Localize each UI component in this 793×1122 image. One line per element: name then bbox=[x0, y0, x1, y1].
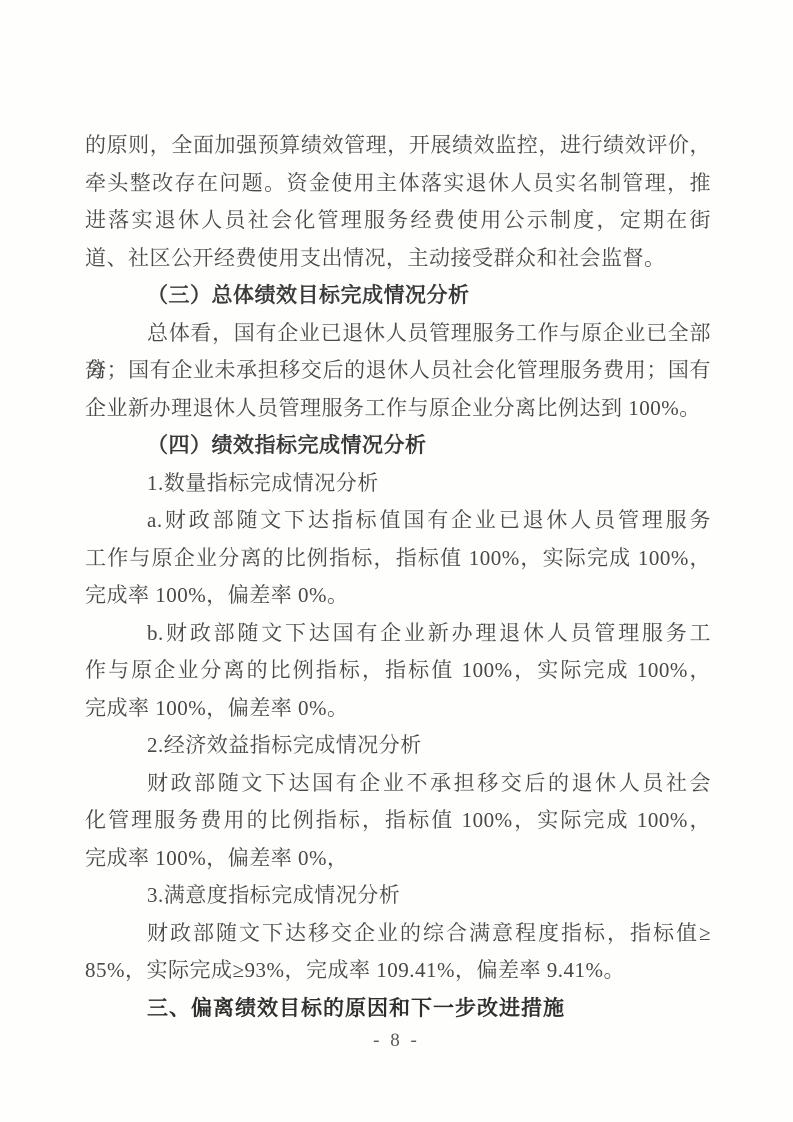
document-body: 的原则，全面加强预算绩效管理，开展绩效监控，进行绩效评价，牵头整改存在问题。资金… bbox=[85, 127, 711, 1027]
text-line: 进落实退休人员社会化管理服务经费使用公示制度，定期在街 bbox=[85, 202, 711, 240]
text-line: 1.数量指标完成情况分析 bbox=[85, 465, 711, 503]
text-line: 85%，实际完成≥93%，完成率 109.41%，偏差率 9.41%。 bbox=[85, 952, 711, 990]
text-line: 2.经济效益指标完成情况分析 bbox=[85, 727, 711, 765]
text-line: 化管理服务费用的比例指标，指标值 100%，实际完成 100%， bbox=[85, 802, 711, 840]
section-heading: （三）总体绩效目标完成情况分析 bbox=[85, 277, 711, 315]
text-line: 财政部随文下达移交企业的综合满意程度指标，指标值≥ bbox=[85, 915, 711, 953]
text-line: 道、社区公开经费使用支出情况，主动接受群众和社会监督。 bbox=[85, 240, 711, 278]
text-line: 总体看，国有企业已退休人员管理服务工作与原企业已全部分 bbox=[85, 315, 711, 353]
text-line: 离；国有企业未承担移交后的退休人员社会化管理服务费用；国有 bbox=[85, 352, 711, 390]
section-heading: （四）绩效指标完成情况分析 bbox=[85, 427, 711, 465]
text-line: 完成率 100%，偏差率 0%， bbox=[85, 840, 711, 878]
text-line: a.财政部随文下达指标值国有企业已退休人员管理服务 bbox=[85, 502, 711, 540]
document-page: 的原则，全面加强预算绩效管理，开展绩效监控，进行绩效评价，牵头整改存在问题。资金… bbox=[0, 0, 793, 1122]
text-line: 财政部随文下达国有企业不承担移交后的退休人员社会 bbox=[85, 765, 711, 803]
text-line: 作与原企业分离的比例指标，指标值 100%，实际完成 100%， bbox=[85, 652, 711, 690]
section-heading: 三、偏离绩效目标的原因和下一步改进措施 bbox=[85, 990, 711, 1028]
text-line: 完成率 100%，偏差率 0%。 bbox=[85, 690, 711, 728]
text-line: 完成率 100%，偏差率 0%。 bbox=[85, 577, 711, 615]
text-line: b.财政部随文下达国有企业新办理退休人员管理服务工 bbox=[85, 615, 711, 653]
page-number: - 8 - bbox=[0, 1030, 793, 1052]
text-line: 的原则，全面加强预算绩效管理，开展绩效监控，进行绩效评价， bbox=[85, 127, 711, 165]
text-line: 企业新办理退休人员管理服务工作与原企业分离比例达到 100%。 bbox=[85, 390, 711, 428]
text-line: 牵头整改存在问题。资金使用主体落实退休人员实名制管理，推 bbox=[85, 165, 711, 203]
text-line: 3.满意度指标完成情况分析 bbox=[85, 877, 711, 915]
text-line: 工作与原企业分离的比例指标，指标值 100%，实际完成 100%， bbox=[85, 540, 711, 578]
